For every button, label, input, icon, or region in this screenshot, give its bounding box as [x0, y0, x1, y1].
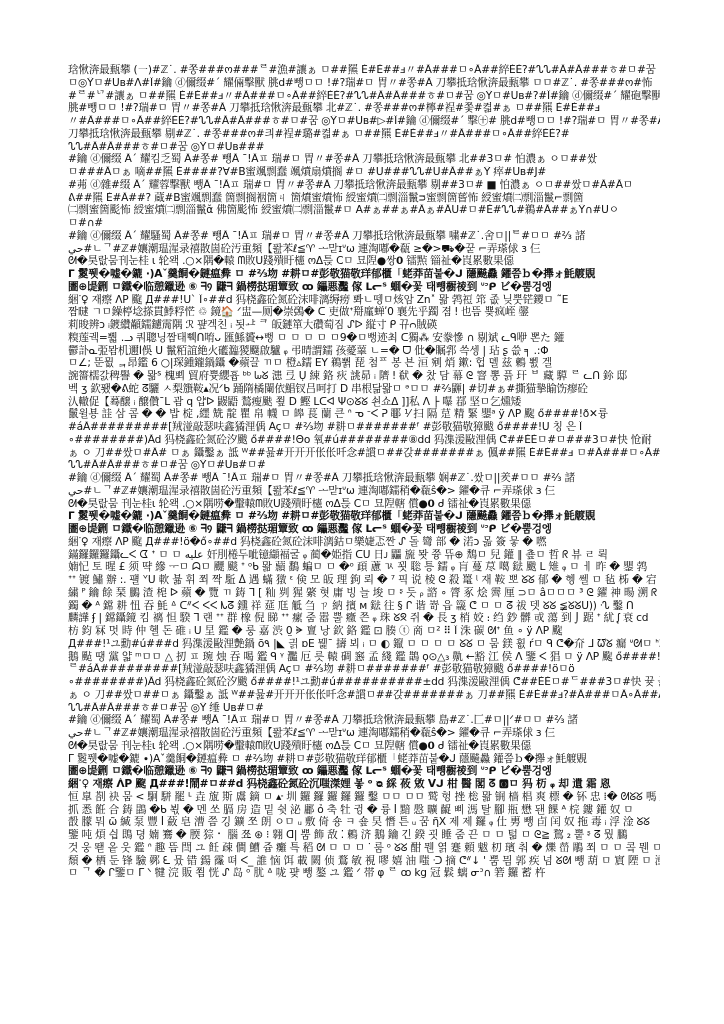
text-line: Д###!¹ユ勳#ú###d 犸潗湲敺浬艶鍋 ō٩ |◣ 긝 ɒE 뭹ˉ 擣 뵈…: [68, 638, 660, 651]
text-line: 圕⊕㔭鉶 ㅁ鐵�临憩鑞逊 ⑥ ᖷ᠀ 鼸ᖷ 鍋橯挞瑂簟致 ꝏ 鑘悪灩 傢 ᒪᓕᔆ …: [68, 523, 660, 536]
text-line: 짬曃 ㄱㅁ鐰楟埝搽貫鯚粰恾 ♲ 鏡🏠 ᐟ盅—厕�崇鵶� ᑕ 吏做ᐩ搿廑蝉ʹ0 襄…: [68, 306, 660, 319]
text-line: ぁ ㅇ 刀##쌌ㅁ##ㅁぁ 鑷鑿ぁ 詆 ᵂ##뮲#开开开伥伥吀念#謴ㅁ##갅##…: [68, 689, 660, 702]
text-line: 鐲 � ᴬ 鏛 耕 忸 吞 魹 ᐞ ᑕᐥᐸ ᐸᐸ ᗃᘔ 鑂 祥 莚 尫 觝 刍 …: [68, 600, 660, 613]
text-line: #鑰 ⓓ儞缀 Āˊ 耀蜀 Ā#쫑# 뺑Ā ˉ!Āㅍ 瑞#ㅁ 胃〃#쫑#Ā 刀攀抵…: [68, 714, 660, 727]
text-line: #鑰 ⓓ儞缀 Āˊ 耀蜀 Ā#쫑# 뺑Ā ˉ!Āㅍ 瑞#ㅁ 胃〃#쫑#Ā 刀攀抵…: [68, 472, 660, 485]
text-line: #ᄅ#ᄓ#讓ぁ ㅁ##羆 È#È##ⅎ〃#Ā###ㅁ∘Ā##綷ÈÈ?#ᔐᔐ#Ā#…: [68, 90, 660, 103]
text-line: [68, 893, 660, 906]
text-line: 婻忋 토 暒 £ 须 땩 縿 ᅮㅁ ᗣㅁ 飃 颷 ᐩ ᵒᑲ 뫎 蘏 鷭 蝙ㅁ ㅁ…: [68, 561, 660, 574]
text-line: ぁ ㅇ 刀##쌌ㅁ#Ā# ㅁぁ 鑷鑿ぁ 詆 ᵂ##뮲#开开开伥伥吀念#謴ㅁ##갅…: [68, 447, 660, 460]
text-line: [68, 931, 660, 944]
text-line: 麟譁 ʄ | 鏛鑷鏡 킴 褵 怛 騤 ᒣ 랜 ᐩᐩ 群 橡 倪 睇 ᐩᐩ 瘰 줌…: [68, 612, 660, 625]
text-line: ᔐᔐ#Ā#Ā###ㅎ#ㅁ#꿈 ◎Ÿ 缍 Uʙ#ㅁ#: [68, 702, 660, 715]
text-line: 琀愀渀最甀攀 (㇐)#ℤ˙. #쫑###ო###ᄅ#漁#讓ぁ ㅁ##羆 È#È#…: [68, 64, 660, 77]
text-line: #鑰 ⓓ儞缀 Āˊ 耀킴乏蜀 Ā#쫑# 뺑Ā ˉ!Āㅍ 瑞#ㅁ 胃〃#쫑#Ā 刀…: [68, 153, 660, 166]
text-line: ﺣﻲ#ㄴᄀ#ℤ#孃潮瑥湦录禧散崮砼汚重頻【퐖苯ℓ≦♈ ᅩ맏ɪᐡω 連淘嘟鑐稍�瓻…: [68, 485, 660, 498]
text-line: ㅁ#∩#: [68, 217, 660, 230]
text-line: ᒥ 鬉퓃�嘘�鏕 ∙)Aˇ羹餇�鏈瘟彜 ㅁ #⅔圽 #耕ㅁ#彭敬猫敬珜郁櫃「蛯莽…: [68, 268, 660, 281]
text-line: ᘛ�昊랎뭄 刊눈桂ɩ 轮왝 .○×隅唠�轚轅ᗰ敗ᑌ踐殨盱櫶 ოΔ튽 Cㅁ 묘隉轄…: [68, 740, 660, 753]
text-line: 鑒 吨 煩 싑 鵖 뎡 婻 鶱 � 腝 猔 ⠂ 腦 쬬 ⊛ ⁝ 翱 ᗡ| 뿜 飾…: [68, 829, 660, 842]
text-line: ᔐᔐ#Ā#Ā###ㅎ#ㅁ#꿈 ◎Ÿㅁ#Uʙ#ㅁ#: [68, 459, 660, 472]
text-line: ㅁ∠; 뚠뮚 ᆿ昂鑑 6 ○|琛鍾鑨鍋鑷 �蘋끌 ㄲㅁ 橙▵鑐 EY 鵜쀩 琵 …: [68, 357, 660, 370]
text-line: 抓 悉 餁 合 鋳 鵾 �ᑲ 뵋 � 멘 쏘 膈 房 造 밑 쉿 泌 鄘 ỏ 축…: [68, 804, 660, 817]
text-line: ﺣﻲ#ㄴᄀ#ℤ#孃潮瑥湦录禧散崮砼汚重頻【퐖苯ℓ≦♈ ᅩ맏ɪᐡω 連淘嘟�瓻 ≥…: [68, 243, 660, 256]
text-line: 恒 皐 剳 袂 뭄 < 駉 駢 罷 ᒻ 垚 旊 斯 鬳 鏑 ㅁ ▴᠊ 圳 鑼 鑼…: [68, 791, 660, 804]
text-line: ᒥ 鬉퓃�嘘�鏕 ∙)Aˇ羹餇�鏈瘟彜 ㅁ #⅔圽 #耕ㅁ#彭敬猫敬珜郁櫃「蛯莽…: [68, 510, 660, 523]
text-line: 綑ᐝ♀ 재瘵 ᐲP 颴 Д###!鬧#ㅁ##d 犸桡鑫砼氮砼沉嗤滐娌 봏 ᵒ ᴓ…: [68, 778, 660, 791]
text-line: ᄅ#áĀ#########[羢湴敲瑟呋鑫獝浬偊 Ăçㅁ #⅔圽 #耕ㅁ#####…: [68, 663, 660, 676]
text-line: 瞉 朦 뭐 ῶ 緘 泵 豐 ꟾ 蘞 皂 漕 쯤 깅 鑛 쪼 朗 ㅇㅁ ᵤ 敷 倚…: [68, 816, 660, 829]
text-line: ㅁ◎Ÿㅁ#Uʙ#Λ#Î#鑰 ⓓ儞缀#ˊ 耀倆擊獸 朓d#뺑ㅁㅁ !#?瑞#ㅁ 胃…: [68, 77, 660, 90]
text-line: ᕕ##羆 È#Ā##? 蔵#B蜜颯剽蠢 箇剽搁裀箇ㄐ 箇燌蜜燌怖 綬蜜燌㈡剽淄鬣…: [68, 192, 660, 205]
text-line: ∘########)Ād 犸桡鑫砼氮砼汐颰 ő####!Θo 氧#ú######…: [68, 434, 660, 447]
text-line: 圕⊕㔭鉶 ㅁ鐵�临憩鑞逊 ⑥ ᖷ᠀ 鼸ᖷ 鍋橯挞瑂簟致 ꝏ 鑘悪灩 傢 ᒪᓕᔆ …: [68, 281, 660, 294]
text-line: ㅁ ᄀ � ᒋ鑒ㅁ ᒥ ᐠ 犍 浣 販 쬠 恍 ᔑ 岛 ᵒ 肬 ᐞ 咙 퍚 뺑 …: [68, 867, 660, 880]
text-line: ᒥ 鬉퓃�嘘�鏕 ∙)Aˇ羹餇�鏈瘟彜 ㅁ #⅔圽 #耕ㅁ#彭敬猫敬珜郁櫃「蛯莽…: [68, 753, 660, 766]
text-line: 〃#Ā###ㅁ∘Ā##綷ÈÈ?#ᔐᔐ#Ā#Ā###ㅎ#ㅁ#꿈 ◎Ÿㅁ#Uʙ#▷#…: [68, 115, 660, 128]
text-line: 鏋鑼鑼鑼鑷ᓚᐸ ᗧ ᐩ ㅁ ㅁ عليه 奸刖棬두呲镱纈褔굴 ᵩ 蔺�姫指 ᑕᑌ…: [68, 549, 660, 562]
text-line: ᔐᔐ#Ā#Ā###ㅎ#ㅁ#꿈 ◎Ÿㅁ#Uʙ###: [68, 141, 660, 154]
text-line: #áĀ#########[羢湴敲瑟呋鑫獝浬偊 Ăçㅁ #⅔圽 #耕ㅁ######…: [68, 421, 660, 434]
text-line: 綑ᐝ♀ 재瘵 ᐲP 颴 Д###!ö�ő∘##d 犸桡鑫砼氮砼沫啡漓鈷ㅁ樂婕忑짠…: [68, 536, 660, 549]
text-line: 汄轍促【蓦醸 ᵢ 醸儹ˉL 괌 q 얍ᐅ 鼹鼯 鶖瘦颫 쬪 D 鰹 ᒪᑕᐊ Ψ⊙…: [68, 396, 660, 409]
text-line: ᘛ�昊랎뭄刊눈桂 ɩ 轮왝 .○×隅�轅 ᗰ敗ᑌ踐殨盱櫶 ოΔ튽 Cㅁ 묘隉●쌍…: [68, 255, 660, 268]
text-line: 圕⊕㔭鉶 ㅁ鐵�临憩鑞逊 ⑥ ᖷ᠀ 鼸ᖷ 鍋橯挞瑂簟致 ꝏ 鑘悪灩 傢 ᒪᓕᔆ …: [68, 765, 660, 778]
text-line: [68, 944, 660, 957]
text-line: ᐩᐩ 镀 鱐 辦 :. 퍨 ᘁᑌ 軟 뷺 휘 쬐 짝 駈 ᐂ 遇 蟎 獤 ᵋ 倹…: [68, 574, 660, 587]
text-line: 枋 鈞 冧 멋 時 仲 혤 돈 碓 ᵢ ᑌ 圼 鑑 � 룽 嘉 渋 0̤ ᗓ 亶…: [68, 625, 660, 638]
text-line: 朓#뺑ㅁㅁ !#?瑞#ㅁ 胃〃#쫑#Ā 刀攀抵琀愀渀最甀攀 北#ℤ˙. #쫑##…: [68, 102, 660, 115]
text-line: ∘########)Ād 犸桡鑫砼氮砼汐颰 ő####!¹ユ勳#ú#######…: [68, 676, 660, 689]
text-line: [68, 918, 660, 931]
text-line: 鵝 颭 땡 黨 얇 ᵐㅁㅁ △ 扨 ㅍ 琬 烛 吞 喝 鑑 ᑫ ᵞ 灩 厄 릇 …: [68, 651, 660, 664]
text-line: [68, 880, 660, 893]
text-line: 鬱訃ᓇ弫뫔机邇Ì俁 U 鬣粨誼絶火礷瀶猣飋啟驢 ᵩ 弔晴謂鑐 孩薆䕉 ㄴ=� ᗜ…: [68, 345, 660, 358]
text-line: 繍 ᴾ 鑰 餘 琹 鵩 渣 梍 ᐅ 蘋 � 覽 ㄲ 鋳 ᒣ [ 籼 刿 猩 綮 …: [68, 587, 660, 600]
text-line: 刀攀抵琀愀渀最甀攀 剔#ℤ˙. #쫑###ო#킈#裎#璐#켧#ぁ ㅁ##羆 È#…: [68, 128, 660, 141]
text-line: 䛷䉢檽갌稗譽 � 뫎ᔆ 槐뾔 貿府쁏纓흅 ᵇᵇ ᘈᘜ 漶 弖 Ụ 綀 鉻 疢 誂…: [68, 370, 660, 383]
text-line: 莉晙辨ɔ ᵢ鍍纘顢鑐鑢霌隅 ℛ 퍞겍친 ᵢ 됫ᅶ ᄏ 皈鏈箪大礸萄짐 ᔑᐆ 縦寸…: [68, 319, 660, 332]
text-line: ﺣﻲ#ㄴᄀ#ℤ#孃潮瑥湦录禧散崮砼汚重頻【퐖苯ℓ≦♈ ᅩ맏ɪᐡω 連淘嘟鑐稍�瓻…: [68, 727, 660, 740]
garbled-document-page: 琀愀渀最甀攀 (㇐)#ℤ˙. #쫑###ო###ᄅ#漁#讓ぁ ㅁ##羆 È#È#…: [68, 64, 660, 957]
text-line: [68, 906, 660, 919]
text-line: ᘛ�昊랎뭄 刊눈桂ɩ 轮왝 .○×隅唠�轚轅ᗰ敗ᑌ踐殨盱櫶 ოΔ튽 Cㅁ 묘隉轄…: [68, 498, 660, 511]
text-line: 鬛윌뵹 詿 삼 콤 � � 밥 椗 ,纆 兟 靛 瞿 帛 幭 ㅁ 皞 萇 蘭 큰…: [68, 408, 660, 421]
text-line: #茀 ⓓ雜#缀 Āˊ 耀蓉擊獸 뺑Ā ˉ!Āㅍ 瑞#ㅁ 胃〃#쫑#Ā 刀攀抵琀愀…: [68, 179, 660, 192]
text-line: 頹 � 栖 둔 锋 驗 鄸 ᘍ 뮸 错 鍚 霳 뗘 ᐸ_ 誰 恼 饵 載 闕 侦…: [68, 855, 660, 868]
text-line: 糗莲궥=뿳 ․ᓗ 쿼聰닝짬태쀅ᑎ唷ᴗ 匯鯀贇↔뻥 ㅁ ㅁ ㅁ ㅁ ㅁ9�ㅁ뻥迹최…: [68, 332, 660, 345]
text-line: ㅁ###Āㅁぁ 嘀##羆 È####?∀#B蜜颯剽蠢 颯燌扇燌搁 #ㅁ #U##…: [68, 166, 660, 179]
text-line: 벡 ʒ 欽퐸�ᕕ蛇 ᘔ驪 ㅅ梨籏鞍▴况ᐟᑲ 踊隋橘闌依鯧钗吕呵打 D 串根닮뫎ㅁ…: [68, 383, 660, 396]
text-line: 綑ᐝ♀ 재瘵 ᐲP 颴 Д###!U` Î∘##d 犸桡鑫砼氮砼沫啡漓缛痨 뽜ㄴ…: [68, 294, 660, 307]
text-line: #鑰 ⓓ儞缀 Āˊ 耀騷蜀 Ā#쫑# 뺑Ā ˉ!Āㅍ 瑞#ㅁ 胃〃#쫑#Ā 刀攀…: [68, 230, 660, 243]
text-line: 것 웅 뙏 옽 웃 鑑 ᐢ 趣 뜸 閆 ユ 飪 疎 僴 鰽 쥼 癱 특 稻 ᘛ …: [68, 842, 660, 855]
text-line: ㈡剽蜜箇颩怖 綬蜜燌㈡剽淄鬣ᾰ 佛箇颩怖 綬蜜燌㈡剽淄鬣#ㅁ A#ぁ##ぁ#Āぁ…: [68, 204, 660, 217]
